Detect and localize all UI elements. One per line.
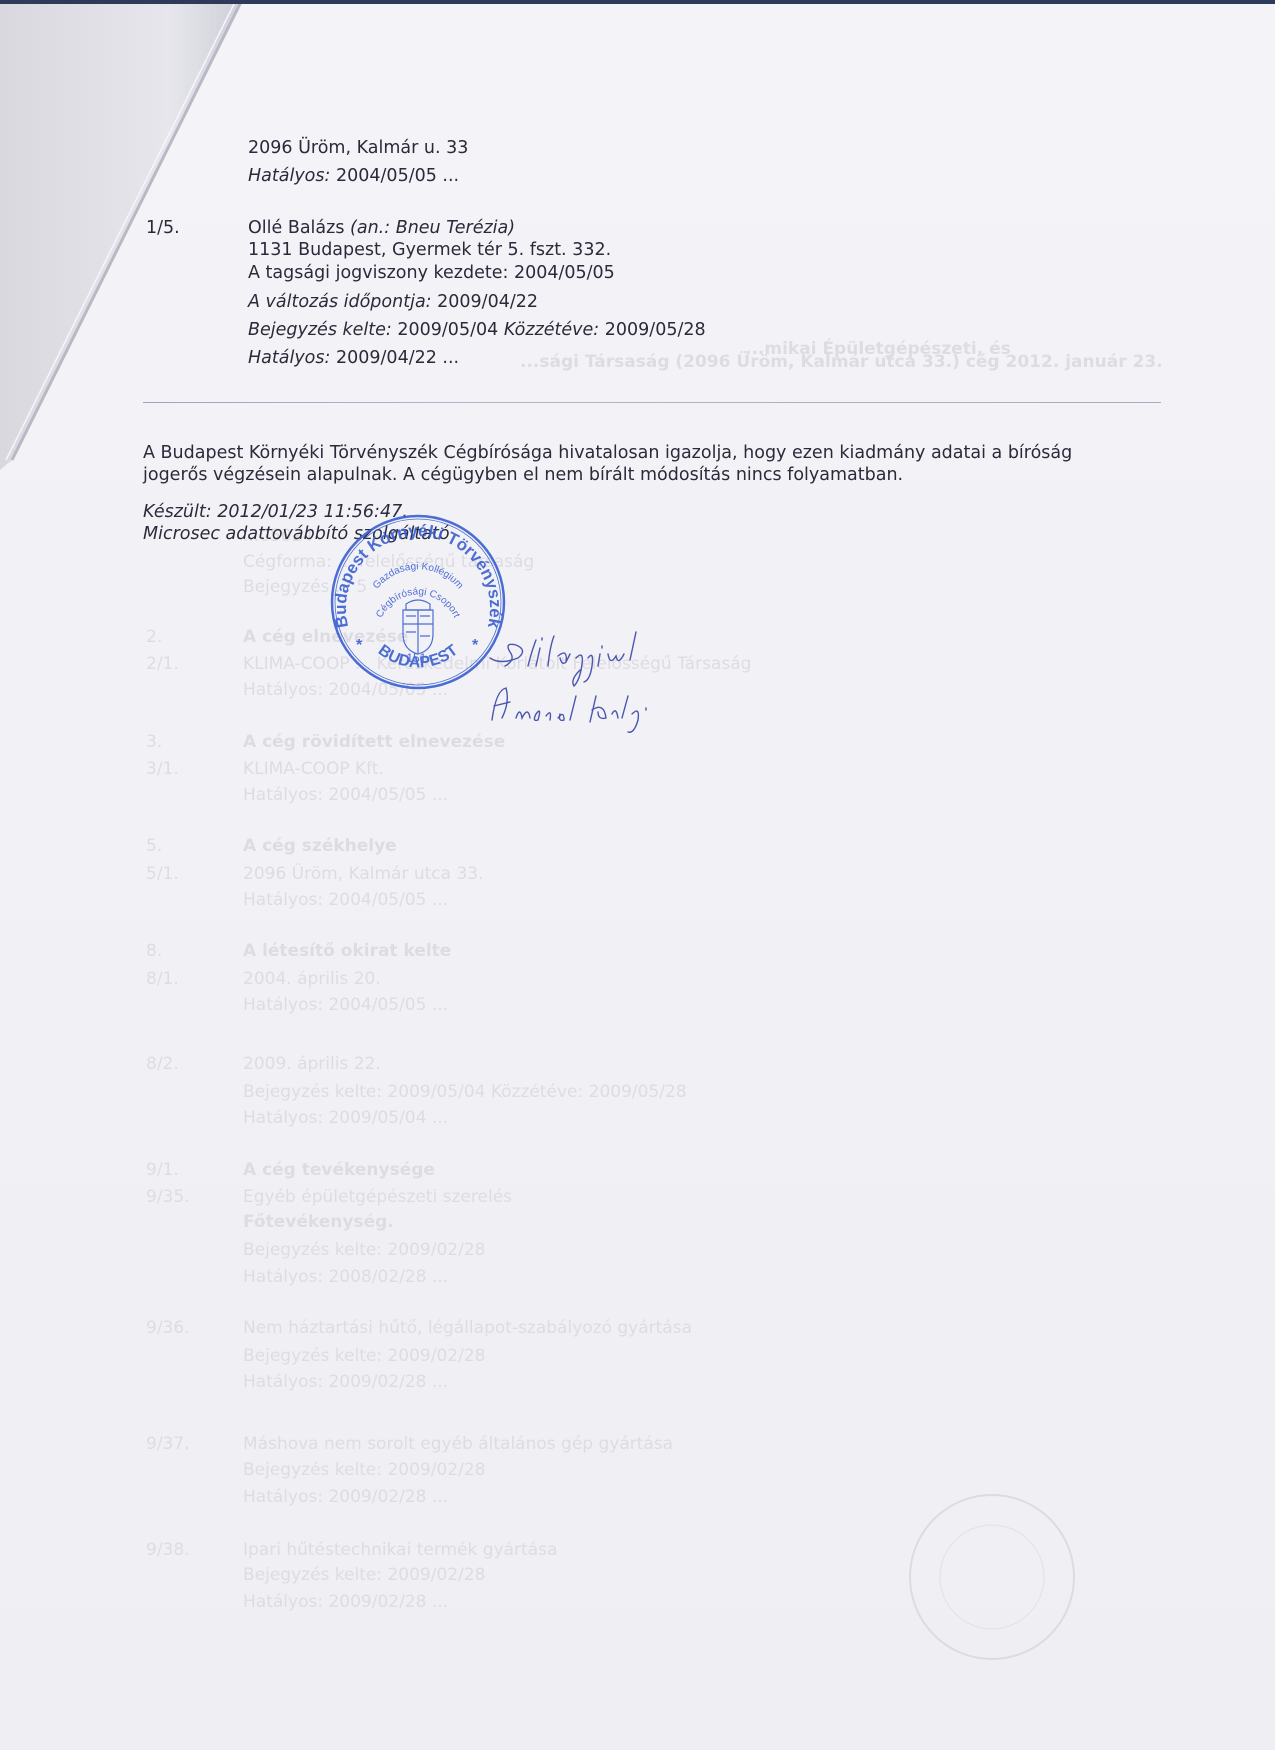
entry-number: 1/5. — [146, 216, 180, 240]
ghost-line-text: A cég rövidített elnevezése — [243, 730, 505, 754]
change-date: A változás időpontja: 2009/04/22 — [248, 290, 538, 314]
ghost-line-text: Bejegyzés kelte: 2009/02/28 — [243, 1344, 485, 1368]
ghost-line-text: Máshova nem sorolt egyéb általános gép g… — [243, 1432, 673, 1456]
ghost-line-text: Nem háztartási hűtő, légállapot-szabályo… — [243, 1316, 692, 1340]
ghost-line-text: 2096 Üröm, Kalmár utca 33. — [243, 862, 484, 886]
effective-value: 2004/05/05 ... — [336, 166, 459, 186]
membership-start: A tagsági jogviszony kezdete: 2004/05/05 — [248, 261, 615, 285]
ghost-line-text: Főtevékenység. — [243, 1210, 394, 1234]
ghost-line-number: 9/37. — [146, 1432, 190, 1456]
ghost-line-text: Hatályos: 2009/02/28 ... — [243, 1590, 448, 1614]
ghost-line-text: 2009. április 22. — [243, 1052, 381, 1076]
ghost-line-number: 3/1. — [146, 757, 179, 781]
svg-text:*: * — [472, 637, 479, 654]
horizontal-divider — [143, 402, 1161, 403]
effective-label: Hatályos: — [248, 166, 330, 186]
ghost-line-text: Hatályos: 2009/02/28 ... — [243, 1370, 448, 1394]
ghost-line-number: 2. — [146, 625, 162, 649]
ghost-line-number: 5. — [146, 834, 162, 858]
ghost-line-text: Bejegyzés kelte: 2009/02/28 — [243, 1238, 485, 1262]
faint-stamp-icon — [905, 1490, 1080, 1665]
certification-line-2: jogerős végzésein alapulnak. A cégügyben… — [143, 463, 903, 487]
registration-label: Bejegyzés kelte: — [248, 320, 392, 340]
member-name: Ollé Balázs — [248, 218, 344, 238]
ghost-line-text: Bejegyzés kelte: 2009/02/28 — [243, 1563, 485, 1587]
ghost-line-text: Hatályos: 2004/05/05 ... — [243, 993, 448, 1017]
ghost-line-number: 8/1. — [146, 967, 179, 991]
ghost-line-text: A létesítő okirat kelte — [243, 939, 451, 963]
ghost-line-text: Bejegyzés kelte: 2009/05/04 Közzétéve: 2… — [243, 1080, 687, 1104]
svg-text:Gazdasági Kollégium: Gazdasági Kollégium — [371, 561, 465, 591]
ghost-line-number: 5/1. — [146, 862, 179, 886]
prev-entry-address: 2096 Üröm, Kalmár u. 33 — [248, 136, 468, 160]
change-date-label: A változás időpontja: — [248, 292, 432, 312]
published-label: Közzétéve: — [504, 320, 599, 340]
member-name-line: Ollé Balázs (an.: Bneu Terézia) — [248, 216, 515, 240]
registration-value: 2009/05/04 — [397, 320, 498, 340]
ghost-line-text: Ipari hűtéstechnikai termék gyártása — [243, 1538, 557, 1562]
ghost-line-number: 3. — [146, 730, 162, 754]
registration-line: Bejegyzés kelte: 2009/05/04 Közzétéve: 2… — [248, 318, 706, 342]
effective-value: 2009/04/22 ... — [336, 348, 459, 368]
ghost-line-number: 8. — [146, 939, 162, 963]
certification-line-1: A Budapest Környéki Törvényszék Cégbírós… — [143, 441, 1072, 465]
ghost-line-text: Hatályos: 2008/02/28 ... — [243, 1265, 448, 1289]
ghost-line-text: Egyéb épületgépészeti szerelés — [243, 1185, 512, 1209]
ghost-line-text: Hatályos: 2009/05/04 ... — [243, 1106, 448, 1130]
ghost-line-number: 8/2. — [146, 1052, 179, 1076]
ghost-line-text: KLIMA-COOP Kft. — [243, 757, 384, 781]
change-date-value: 2009/04/22 — [437, 292, 538, 312]
ghost-line-number: 9/35. — [146, 1185, 190, 1209]
signature-icon — [480, 610, 710, 735]
effective-line: Hatályos: 2009/04/22 ... — [248, 346, 459, 370]
ghost-line-number: 9/38. — [146, 1538, 190, 1562]
effective-label: Hatályos: — [248, 348, 330, 368]
ghost-line-number: 9/1. — [146, 1158, 179, 1182]
ghost-line-text: A cég tevékenysége — [243, 1158, 435, 1182]
scanned-page: ...mikai Épületgépészeti, és ...sági Tár… — [0, 0, 1275, 1750]
svg-text:*: * — [356, 637, 363, 654]
member-address: 1131 Budapest, Gyermek tér 5. fszt. 332. — [248, 238, 611, 262]
ghost-line-text: Hatályos: 2009/02/28 ... — [243, 1485, 448, 1509]
ghost-line-text: Hatályos: 2004/05/05 ... — [243, 783, 448, 807]
ghost-header-2: ...sági Társaság (2096 Üröm, Kalmár utca… — [520, 350, 1163, 374]
prev-entry-effective: Hatályos: 2004/05/05 ... — [248, 164, 459, 188]
ghost-line-text: Bejegyzés kelte: 2009/02/28 — [243, 1458, 485, 1482]
ghost-line-text: A cég székhelye — [243, 834, 397, 858]
ghost-line-number: 9/36. — [146, 1316, 190, 1340]
ghost-line-number: 2/1. — [146, 652, 179, 676]
ghost-line-text: 2004. április 20. — [243, 967, 381, 991]
mother-name: (an.: Bneu Terézia) — [350, 218, 515, 238]
published-value: 2009/05/28 — [605, 320, 706, 340]
ghost-line-text: Hatályos: 2004/05/05 ... — [243, 888, 448, 912]
